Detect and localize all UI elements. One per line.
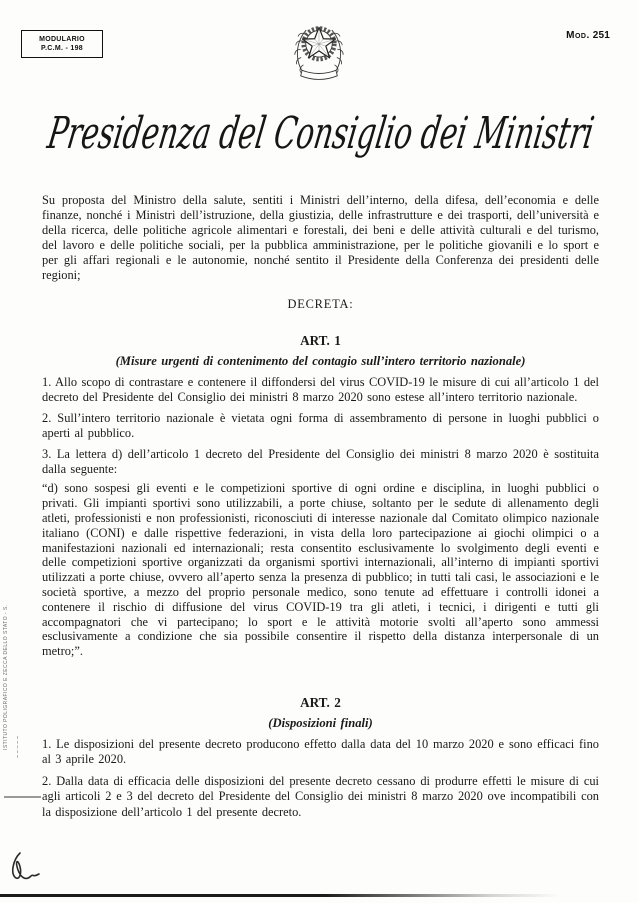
mod-value: 251 — [593, 30, 610, 41]
modulario-box: MODULARIO P.C.M. - 198 — [21, 30, 103, 58]
modulario-line2: P.C.M. - 198 — [41, 44, 83, 53]
decree-body: Su proposta del Ministro della salute, s… — [42, 193, 599, 820]
art2-subtitle: (Disposizioni finali) — [42, 716, 599, 731]
art2-paragraph-1: 1. Le disposizioni del presente decreto … — [42, 737, 599, 767]
art1-paragraph-2: 2. Sull’intero territorio nazionale è vi… — [42, 411, 599, 441]
art2-paragraph-2: 2. Dalla data di efficacia delle disposi… — [42, 774, 599, 819]
mod-number: Mod. 251 — [566, 30, 610, 41]
art1-paragraph-1: 1. Allo scopo di contrastare e contenere… — [42, 375, 599, 405]
scanned-decree-page: MODULARIO P.C.M. - 198 Mod. 251 — [0, 0, 638, 903]
art1-subtitle: (Misure urgenti di contenimento del cont… — [42, 354, 599, 369]
print-office-vertical-text: ISTITUTO POLIGRAFICO E ZECCA DELLO STATO… — [3, 615, 9, 750]
decreta-heading: DECRETA: — [42, 297, 599, 312]
mod-label: Mod. — [566, 30, 590, 41]
art1-lettera-d-quote: “d) sono sospesi gli eventi e le competi… — [42, 481, 599, 659]
registration-dash-mark — [4, 796, 41, 798]
art2-heading: ART. 2 — [42, 695, 599, 710]
registration-dots-mark — [17, 736, 18, 758]
art1-paragraph-3: 3. La lettera d) dell’articolo 1 decreto… — [42, 447, 599, 477]
scan-edge-artifact — [0, 894, 560, 897]
handwritten-initials-icon — [8, 850, 54, 895]
art1-heading: ART. 1 — [42, 333, 599, 348]
letterhead-script-title: Presidenza del Consiglio dei Ministri — [30, 88, 608, 180]
italian-republic-emblem-icon — [287, 14, 351, 95]
letterhead-text: Presidenza del Consiglio dei Ministri — [44, 108, 598, 159]
preamble-paragraph: Su proposta del Ministro della salute, s… — [42, 193, 599, 284]
modulario-line1: MODULARIO — [39, 35, 85, 44]
